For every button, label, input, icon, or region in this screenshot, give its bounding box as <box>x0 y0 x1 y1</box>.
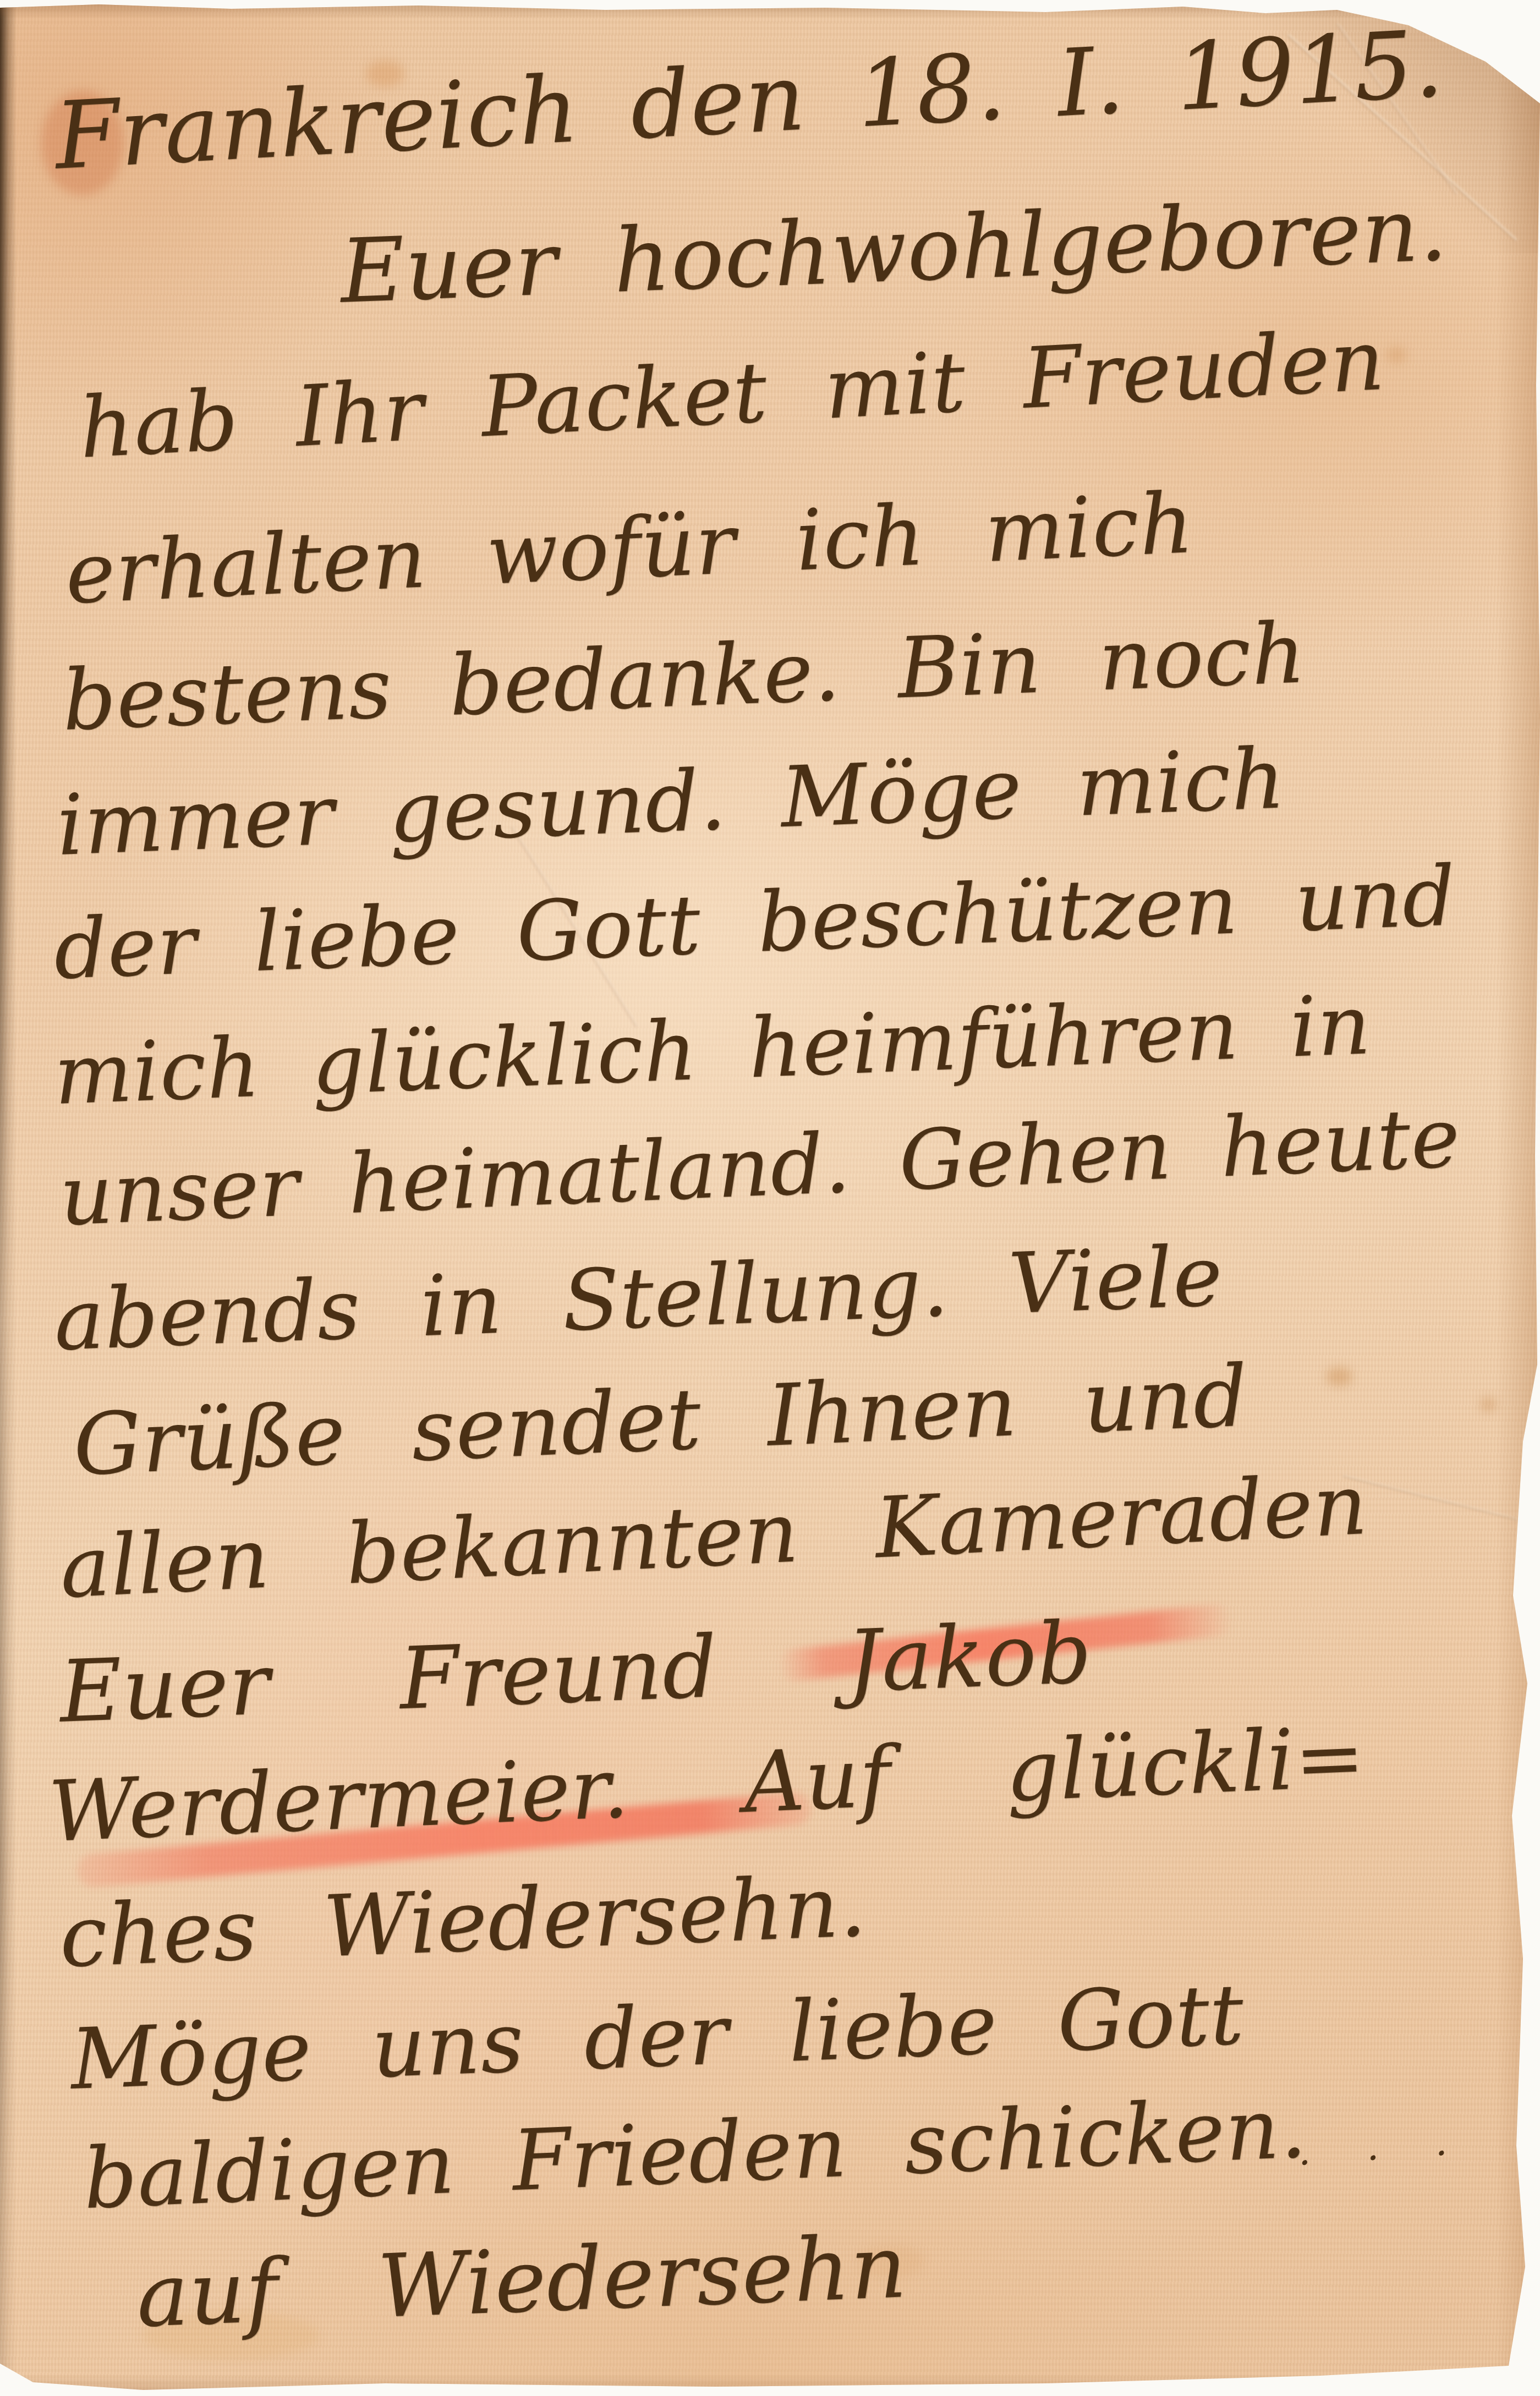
paper-bottom-edge-shadow <box>0 2374 1540 2396</box>
crease-middle-right <box>1342 1474 1519 1521</box>
ink-dots-after-schicken: · · · <box>1297 2129 1471 2186</box>
foxing-spot-right-1 <box>1326 1367 1352 1386</box>
letter-line-salutation: Euer hochwohlgeboren. <box>338 178 1449 323</box>
scanned-letter-background: Frankreich den 18. I. 1915. Euer hochwoh… <box>0 0 1540 2396</box>
paper-right-edge-shadow <box>1496 0 1540 2396</box>
letter-line-5: bestens bedanke. Bin noch <box>61 604 1307 749</box>
letter-line-16: Möge uns der liebe Gott <box>69 1966 1246 2108</box>
letter-line-date: Frankreich den 18. I. 1915. <box>52 10 1446 190</box>
letter-paper: Frankreich den 18. I. 1915. Euer hochwoh… <box>0 0 1540 2396</box>
foxing-spot-right-2 <box>1480 1397 1497 1412</box>
foxing-spot-right-3 <box>1386 347 1406 363</box>
letter-line-17: baldigen Frieden schicken. <box>81 2079 1309 2228</box>
letter-line-signature-name: Euer Freund Jakob <box>58 1603 1094 1742</box>
letter-line-10: abends in Stellung. Viele <box>52 1227 1225 1369</box>
letter-line-4: erhalten wofür ich mich <box>63 474 1196 623</box>
letter-line-6: immer gesund. Möge mich <box>55 730 1287 874</box>
letter-line-3: hab Ihr Packet mit Freuden <box>77 311 1387 477</box>
paper-left-edge-shadow <box>0 0 17 2396</box>
letter-line-7: der liebe Gott beschützen und <box>52 848 1457 998</box>
letter-line-closing: auf Wiedersehn <box>135 2216 909 2347</box>
